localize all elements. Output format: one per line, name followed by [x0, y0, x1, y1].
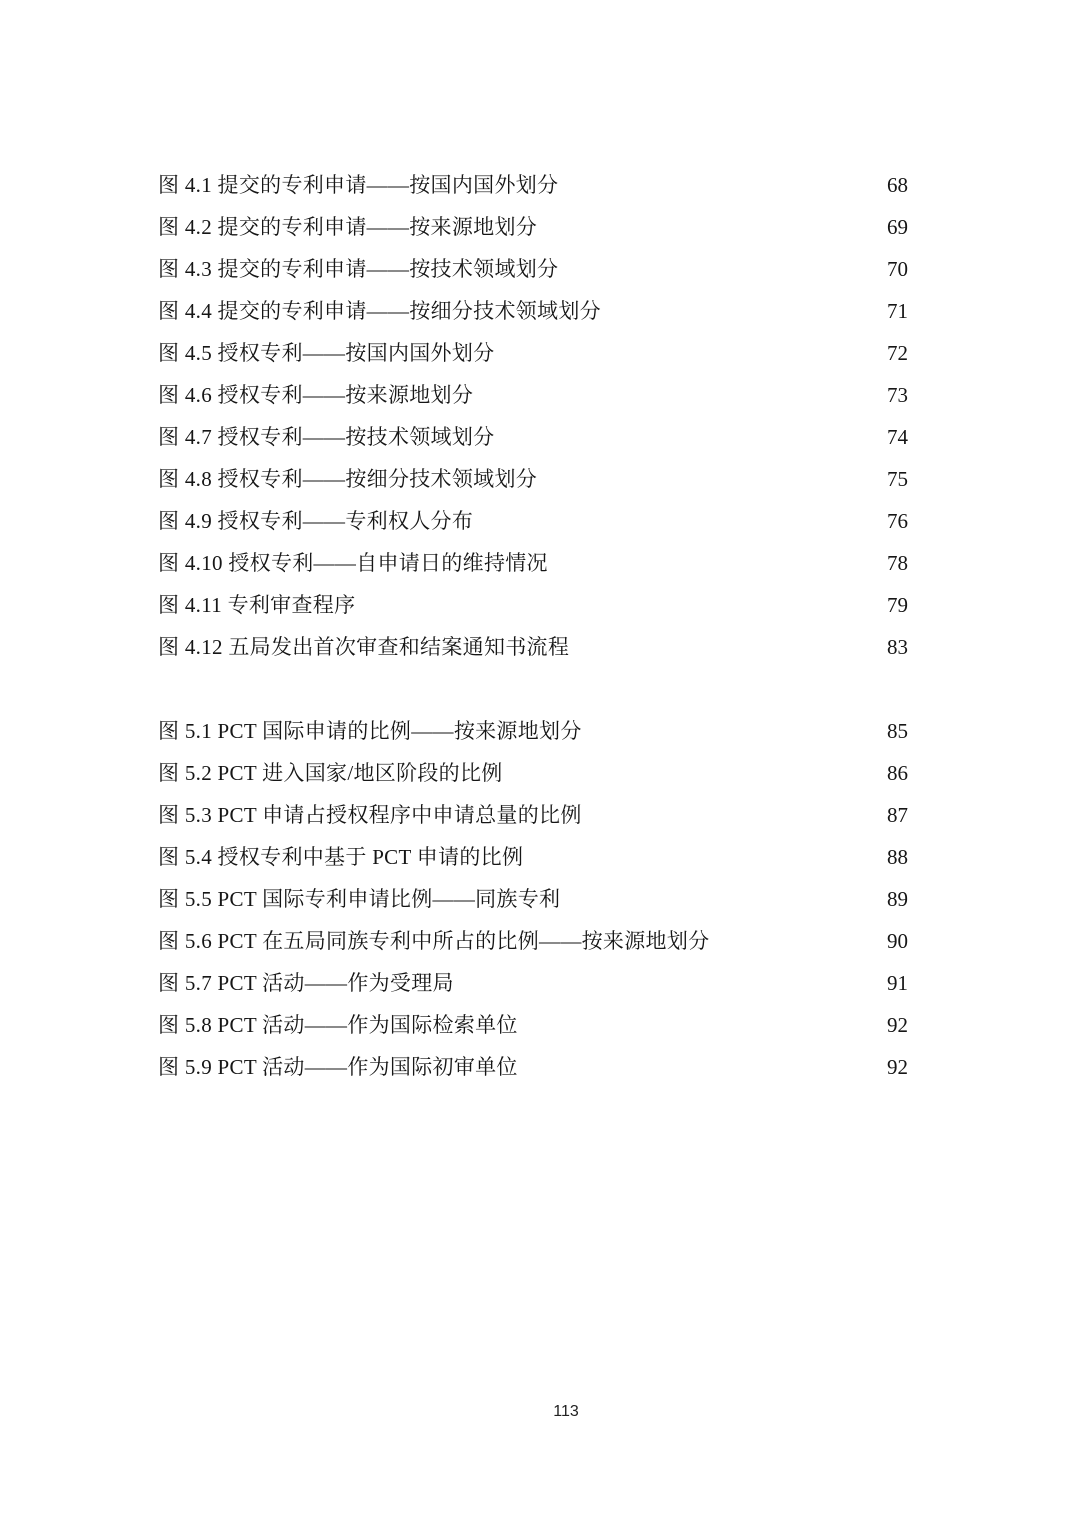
toc-entry: 图 5.8 PCT 活动——作为国际检索单位 92	[158, 1004, 908, 1046]
figure-title: 图 5.6 PCT 在五局同族专利中所占的比例——按来源地划分	[158, 920, 709, 962]
page-number: 113	[553, 1403, 579, 1420]
figure-title: 图 4.10 授权专利——自申请日的维持情况	[158, 542, 548, 584]
figure-title: 图 5.1 PCT 国际申请的比例——按来源地划分	[158, 710, 582, 752]
figure-page-number: 79	[868, 584, 908, 626]
figure-page-number: 83	[868, 626, 908, 668]
toc-entry: 图 4.6 授权专利——按来源地划分 73	[158, 374, 908, 416]
toc-entry: 图 5.5 PCT 国际专利申请比例——同族专利 89	[158, 878, 908, 920]
figure-title: 图 4.11 专利审查程序	[158, 584, 355, 626]
toc-entry: 图 5.4 授权专利中基于 PCT 申请的比例 88	[158, 836, 908, 878]
toc-entry: 图 4.10 授权专利——自申请日的维持情况 78	[158, 542, 908, 584]
figure-title: 图 4.6 授权专利——按来源地划分	[158, 374, 473, 416]
figure-page-number: 90	[868, 920, 908, 962]
section-gap	[158, 668, 908, 710]
figure-page-number: 76	[868, 500, 908, 542]
figure-title: 图 4.8 授权专利——按细分技术领域划分	[158, 458, 537, 500]
figure-page-number: 89	[868, 878, 908, 920]
figure-title: 图 4.5 授权专利——按国内国外划分	[158, 332, 494, 374]
figure-page-number: 74	[868, 416, 908, 458]
toc-entry: 图 4.9 授权专利——专利权人分布 76	[158, 500, 908, 542]
toc-entry: 图 4.2 提交的专利申请——按来源地划分 69	[158, 206, 908, 248]
figure-title: 图 4.1 提交的专利申请——按国内国外划分	[158, 164, 558, 206]
toc-entry: 图 4.4 提交的专利申请——按细分技术领域划分 71	[158, 290, 908, 332]
list-of-figures: 图 4.1 提交的专利申请——按国内国外划分 68 图 4.2 提交的专利申请—…	[158, 164, 908, 1088]
document-page: 图 4.1 提交的专利申请——按国内国外划分 68 图 4.2 提交的专利申请—…	[0, 0, 1080, 1528]
figure-title: 图 4.2 提交的专利申请——按来源地划分	[158, 206, 537, 248]
figure-page-number: 73	[868, 374, 908, 416]
figure-page-number: 91	[868, 962, 908, 1004]
figure-page-number: 75	[868, 458, 908, 500]
toc-entry: 图 5.2 PCT 进入国家/地区阶段的比例 86	[158, 752, 908, 794]
figure-page-number: 87	[868, 794, 908, 836]
figure-title: 图 4.3 提交的专利申请——按技术领域划分	[158, 248, 558, 290]
figure-title: 图 5.7 PCT 活动——作为受理局	[158, 962, 454, 1004]
figure-page-number: 92	[868, 1004, 908, 1046]
figure-title: 图 5.5 PCT 国际专利申请比例——同族专利	[158, 878, 560, 920]
figure-title: 图 5.9 PCT 活动——作为国际初审单位	[158, 1046, 518, 1088]
figure-page-number: 68	[868, 164, 908, 206]
figure-page-number: 85	[868, 710, 908, 752]
figure-page-number: 72	[868, 332, 908, 374]
page-footer: 113	[0, 1403, 1080, 1421]
figure-title: 图 4.7 授权专利——按技术领域划分	[158, 416, 494, 458]
figure-title: 图 5.2 PCT 进入国家/地区阶段的比例	[158, 752, 503, 794]
figure-title: 图 4.12 五局发出首次审查和结案通知书流程	[158, 626, 569, 668]
toc-entry: 图 4.5 授权专利——按国内国外划分 72	[158, 332, 908, 374]
figure-title: 图 4.4 提交的专利申请——按细分技术领域划分	[158, 290, 601, 332]
toc-entry: 图 5.9 PCT 活动——作为国际初审单位 92	[158, 1046, 908, 1088]
toc-entry: 图 4.1 提交的专利申请——按国内国外划分 68	[158, 164, 908, 206]
figure-title: 图 5.8 PCT 活动——作为国际检索单位	[158, 1004, 518, 1046]
toc-entry: 图 5.3 PCT 申请占授权程序中申请总量的比例 87	[158, 794, 908, 836]
figure-title: 图 5.3 PCT 申请占授权程序中申请总量的比例	[158, 794, 582, 836]
figure-page-number: 88	[868, 836, 908, 878]
figure-page-number: 86	[868, 752, 908, 794]
toc-entry: 图 5.6 PCT 在五局同族专利中所占的比例——按来源地划分 90	[158, 920, 908, 962]
toc-entry: 图 4.8 授权专利——按细分技术领域划分 75	[158, 458, 908, 500]
toc-entry: 图 4.3 提交的专利申请——按技术领域划分 70	[158, 248, 908, 290]
toc-entry: 图 5.1 PCT 国际申请的比例——按来源地划分 85	[158, 710, 908, 752]
figure-page-number: 92	[868, 1046, 908, 1088]
figure-page-number: 69	[868, 206, 908, 248]
figure-page-number: 71	[868, 290, 908, 332]
figure-title: 图 4.9 授权专利——专利权人分布	[158, 500, 473, 542]
figure-title: 图 5.4 授权专利中基于 PCT 申请的比例	[158, 836, 523, 878]
toc-entry: 图 4.11 专利审查程序 79	[158, 584, 908, 626]
toc-entry: 图 5.7 PCT 活动——作为受理局 91	[158, 962, 908, 1004]
toc-entry: 图 4.12 五局发出首次审查和结案通知书流程 83	[158, 626, 908, 668]
toc-entry: 图 4.7 授权专利——按技术领域划分 74	[158, 416, 908, 458]
figure-page-number: 70	[868, 248, 908, 290]
figure-page-number: 78	[868, 542, 908, 584]
